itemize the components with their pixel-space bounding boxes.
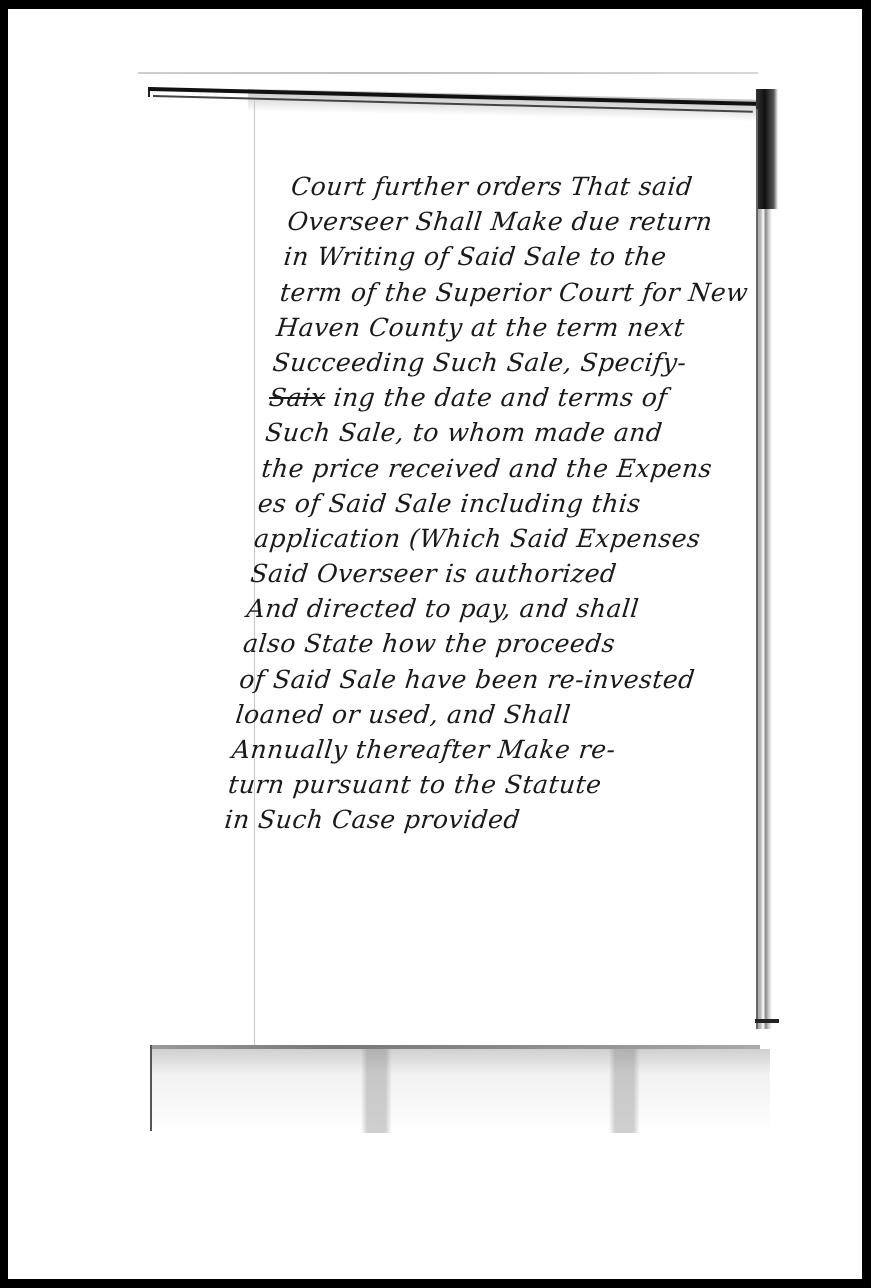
text-line: in Writing of Said Sale to the <box>282 239 786 274</box>
text-line: in Such Case provided <box>223 802 727 837</box>
text-line: Overseer Shall Make due return <box>286 204 790 239</box>
text-line: term of the Superior Court for New <box>278 275 782 310</box>
page-bottom-edge <box>150 1045 760 1049</box>
text-line: Annually thereafter Make re- <box>230 732 734 767</box>
text-line: ing the date and terms of <box>332 383 669 412</box>
text-line: Court further orders That said <box>289 169 793 204</box>
struck-word: Saix <box>268 383 327 412</box>
text-line: Said Overseer is authorized <box>249 556 753 591</box>
photocopy-top-rule <box>138 72 758 74</box>
text-line: Haven County at the term next <box>275 310 779 345</box>
bottom-left-edge <box>150 1045 152 1131</box>
text-line: the price received and the Expens <box>260 451 764 486</box>
bottom-shadow-band <box>150 1049 770 1133</box>
text-line: loaned or used, and Shall <box>234 697 738 732</box>
text-line-with-strikeout: Saix ing the date and terms of <box>267 380 771 415</box>
text-line: And directed to pay, and shall <box>245 591 749 626</box>
text-line: Such Sale, to whom made and <box>264 415 768 450</box>
text-line: of Said Sale have been re-invested <box>238 662 742 697</box>
text-line: Succeeding Such Sale, Specify- <box>271 345 775 380</box>
page-corner-mark <box>755 1019 779 1023</box>
text-line: es of Said Sale including this <box>256 486 760 521</box>
scanned-page: Court further orders That said Overseer … <box>8 9 862 1279</box>
text-line: turn pursuant to the Statute <box>227 767 731 802</box>
handwritten-text: Court further orders That said Overseer … <box>223 169 793 838</box>
text-line: application (Which Said Expenses <box>252 521 756 556</box>
text-line: also State how the proceeds <box>241 626 745 661</box>
